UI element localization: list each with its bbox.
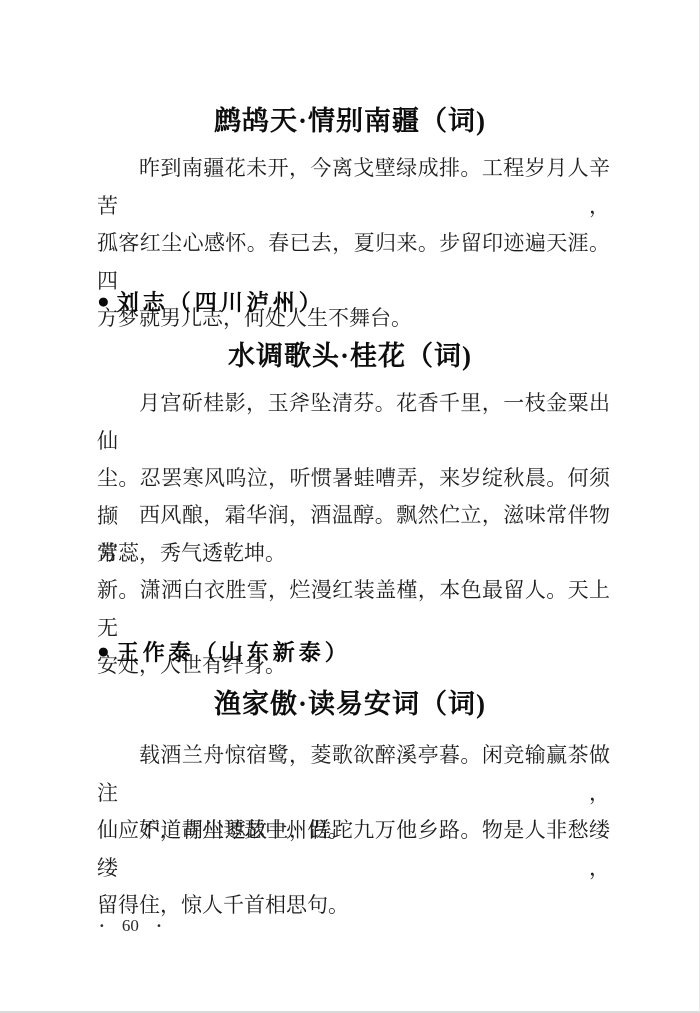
footer-number: 60 xyxy=(122,916,139,936)
author-line-liuzhi: ● 刘志（四川泸州） xyxy=(97,286,325,317)
author-line-wangzuotai: ● 王作泰（山东新泰） xyxy=(97,636,351,667)
poem-line: 不道胡尘遮故土，蹉跎九万他乡路。物是人非愁缕缕， xyxy=(97,812,610,887)
poem-title-zhegutian: 鹧鸪天·情别南疆（词) xyxy=(0,101,700,141)
poem-stanza: 不道胡尘遮故土，蹉跎九万他乡路。物是人非愁缕缕， 留得住，惊人千首相思句。 xyxy=(97,812,610,925)
bullet-icon: ● xyxy=(97,641,110,662)
bullet-icon: ● xyxy=(97,291,110,312)
footer-dot-left: · xyxy=(99,916,105,936)
author-name: 刘志（四川泸州） xyxy=(117,286,325,317)
poem-line: 留得住，惊人千首相思句。 xyxy=(97,887,610,925)
poem-title-yujiaao: 渔家傲·读易安词（词) xyxy=(0,684,700,724)
footer-dot-right: · xyxy=(156,916,162,936)
poem-line: 载酒兰舟惊宿鹭，菱歌欲醉溪亭暮。闲竞输赢茶做注， xyxy=(97,737,610,812)
author-name: 王作泰（山东新泰） xyxy=(117,636,351,667)
poem-line: 西风酿，霜华润，酒温醇。飘然伫立，滋味常伴物常 xyxy=(97,497,610,572)
book-page: 鹧鸪天·情别南疆（词) 昨到南疆花未开，今离戈壁绿成排。工程岁月人辛苦， 孤客红… xyxy=(0,0,700,1013)
poem-line: 月宫斫桂影，玉斧坠清芬。花香千里，一枝金粟出仙 xyxy=(97,385,610,460)
poem-title-shuidiaogetou: 水调歌头·桂花（词) xyxy=(0,336,700,376)
page-number: · 60 · xyxy=(99,916,162,936)
poem-line: 昨到南疆花未开，今离戈壁绿成排。工程岁月人辛苦， xyxy=(97,150,610,225)
